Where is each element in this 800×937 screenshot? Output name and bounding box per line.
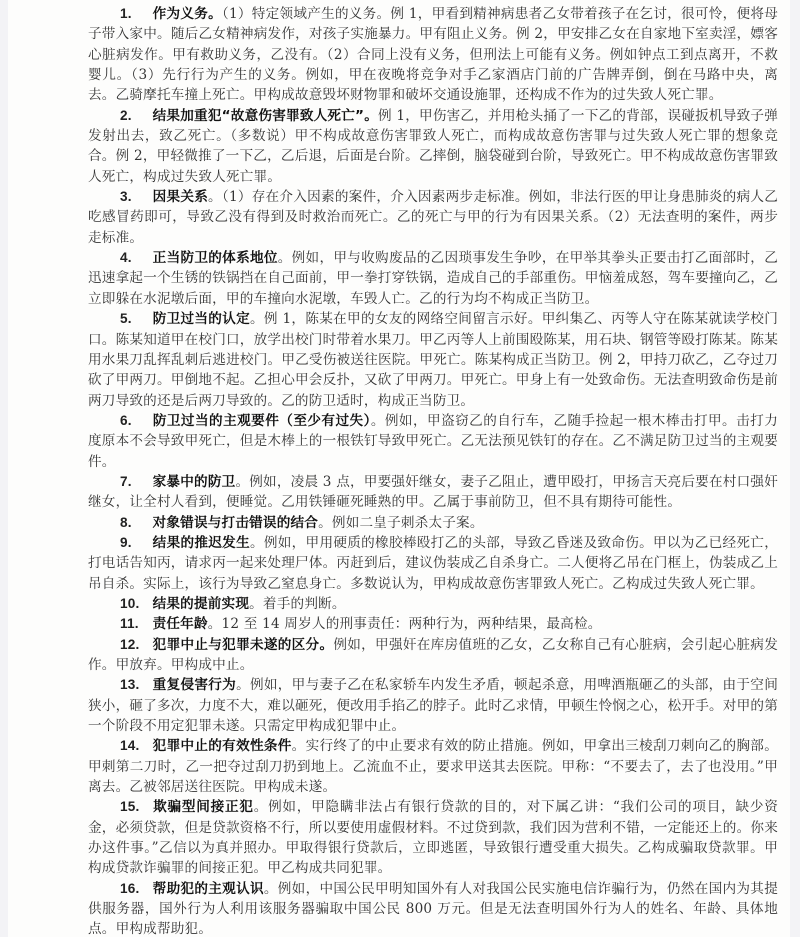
item-heading: 正当防卫的体系地位 <box>153 250 278 266</box>
item-heading: 防卫过当的主观要件（至少有过失） <box>153 413 371 429</box>
item-heading: 对象错误与打击错误的结合 <box>153 515 319 531</box>
list-item-15: 15.欺骗型间接正犯。例如，甲隐瞒非法占有银行贷款的目的，对下属乙讲：“我们公司… <box>88 797 778 878</box>
list-item-11: 11.责任年龄。12 至 14 周岁人的刑事责任：两种行为，两种结果，最高检。 <box>88 614 778 634</box>
list-item-12: 12.犯罪中止与犯罪未遂的区分。例如，甲强奸在库房值班的乙女，乙女称自己有心脏病… <box>88 635 778 676</box>
item-heading: 结果的推迟发生 <box>153 535 250 551</box>
item-number: 7. <box>120 472 153 492</box>
item-heading: 犯罪中止与犯罪未遂的区分。 <box>153 637 334 653</box>
item-heading: 犯罪中止的有效性条件 <box>153 738 292 754</box>
item-text: 。例如二皇子刺杀太子案。 <box>318 515 484 531</box>
list-item-3: 3.因果关系。（1）存在介入因素的案件，介入因素两步走标准。例如，非法行医的甲让… <box>88 187 778 248</box>
item-number: 13. <box>120 675 153 695</box>
item-text: 。12 至 14 周岁人的刑事责任：两种行为，两种结果，最高检。 <box>208 616 602 632</box>
list-item-9: 9.结果的推迟发生。例如，甲用硬质的橡胶棒殴打乙的头部，导致乙昏迷及致命伤。甲以… <box>88 533 778 594</box>
item-number: 14. <box>120 736 153 756</box>
list-item-6: 6.防卫过当的主观要件（至少有过失）。例如，甲盗窃乙的自行车，乙随手捡起一根木棒… <box>88 411 778 472</box>
item-heading: 家暴中的防卫 <box>153 474 236 490</box>
list-item-1: 1.作为义务。（1）特定领域产生的义务。例 1，甲看到精神病患者乙女带着孩子在乞… <box>88 4 778 106</box>
list-item-16: 16.帮助犯的主观认识。例如，中国公民甲明知国外有人对我国公民实施电信诈骗行为，… <box>88 879 778 937</box>
item-number: 12. <box>120 635 153 655</box>
item-heading: 欺骗型间接正犯 <box>153 799 254 815</box>
item-heading: 责任年龄 <box>153 616 208 632</box>
list-item-2: 2.结果加重犯“故意伤害罪致人死亡”。例 1，甲伤害乙，并用枪头捅了一下乙的背部… <box>88 106 778 187</box>
document-page: 1.作为义务。（1）特定领域产生的义务。例 1，甲看到精神病患者乙女带着孩子在乞… <box>8 0 790 937</box>
item-number: 4. <box>120 248 153 268</box>
item-number: 5. <box>120 309 153 329</box>
item-number: 11. <box>120 614 153 634</box>
list-item-14: 14.犯罪中止的有效性条件。实行终了的中止要求有效的防止措施。例如，甲拿出三棱刮… <box>88 736 778 797</box>
list-item-5: 5.防卫过当的认定。例 1，陈某在甲的女友的网络空间留言示好。甲纠集乙、丙等人守… <box>88 309 778 411</box>
list-item-7: 7.家暴中的防卫。例如，凌晨 3 点，甲要强奸继女，妻子乙阻止，遭甲殴打，甲扬言… <box>88 472 778 513</box>
item-number: 2. <box>120 106 153 126</box>
document-body: 1.作为义务。（1）特定领域产生的义务。例 1，甲看到精神病患者乙女带着孩子在乞… <box>88 4 778 937</box>
list-item-4: 4.正当防卫的体系地位。例如，甲与收购废品的乙因琐事发生争吵，在甲举其拳头正要击… <box>88 248 778 309</box>
item-heading: 结果加重犯“故意伤害罪致人死亡”。 <box>153 108 378 124</box>
item-number: 16. <box>120 879 153 899</box>
item-heading: 帮助犯的主观认识 <box>153 881 264 897</box>
list-item-8: 8.对象错误与打击错误的结合。例如二皇子刺杀太子案。 <box>88 513 778 533</box>
item-heading: 作为义务。 <box>153 6 222 22</box>
item-text: 。着手的判断。 <box>249 596 346 612</box>
item-heading: 重复侵害行为 <box>153 677 237 693</box>
item-number: 3. <box>120 187 153 207</box>
item-heading: 因果关系 <box>153 189 208 205</box>
item-number: 6. <box>120 411 153 431</box>
list-item-10: 10.结果的提前实现。着手的判断。 <box>88 594 778 614</box>
item-heading: 结果的提前实现 <box>153 596 250 612</box>
item-heading: 防卫过当的认定 <box>153 311 250 327</box>
item-number: 15. <box>120 797 153 817</box>
item-number: 9. <box>120 533 153 553</box>
list-item-13: 13.重复侵害行为。例如，甲与妻子乙在私家轿车内发生矛盾，顿起杀意，用啤酒瓶砸乙… <box>88 675 778 736</box>
item-number: 10. <box>120 594 153 614</box>
item-number: 8. <box>120 513 153 533</box>
item-number: 1. <box>120 4 153 24</box>
